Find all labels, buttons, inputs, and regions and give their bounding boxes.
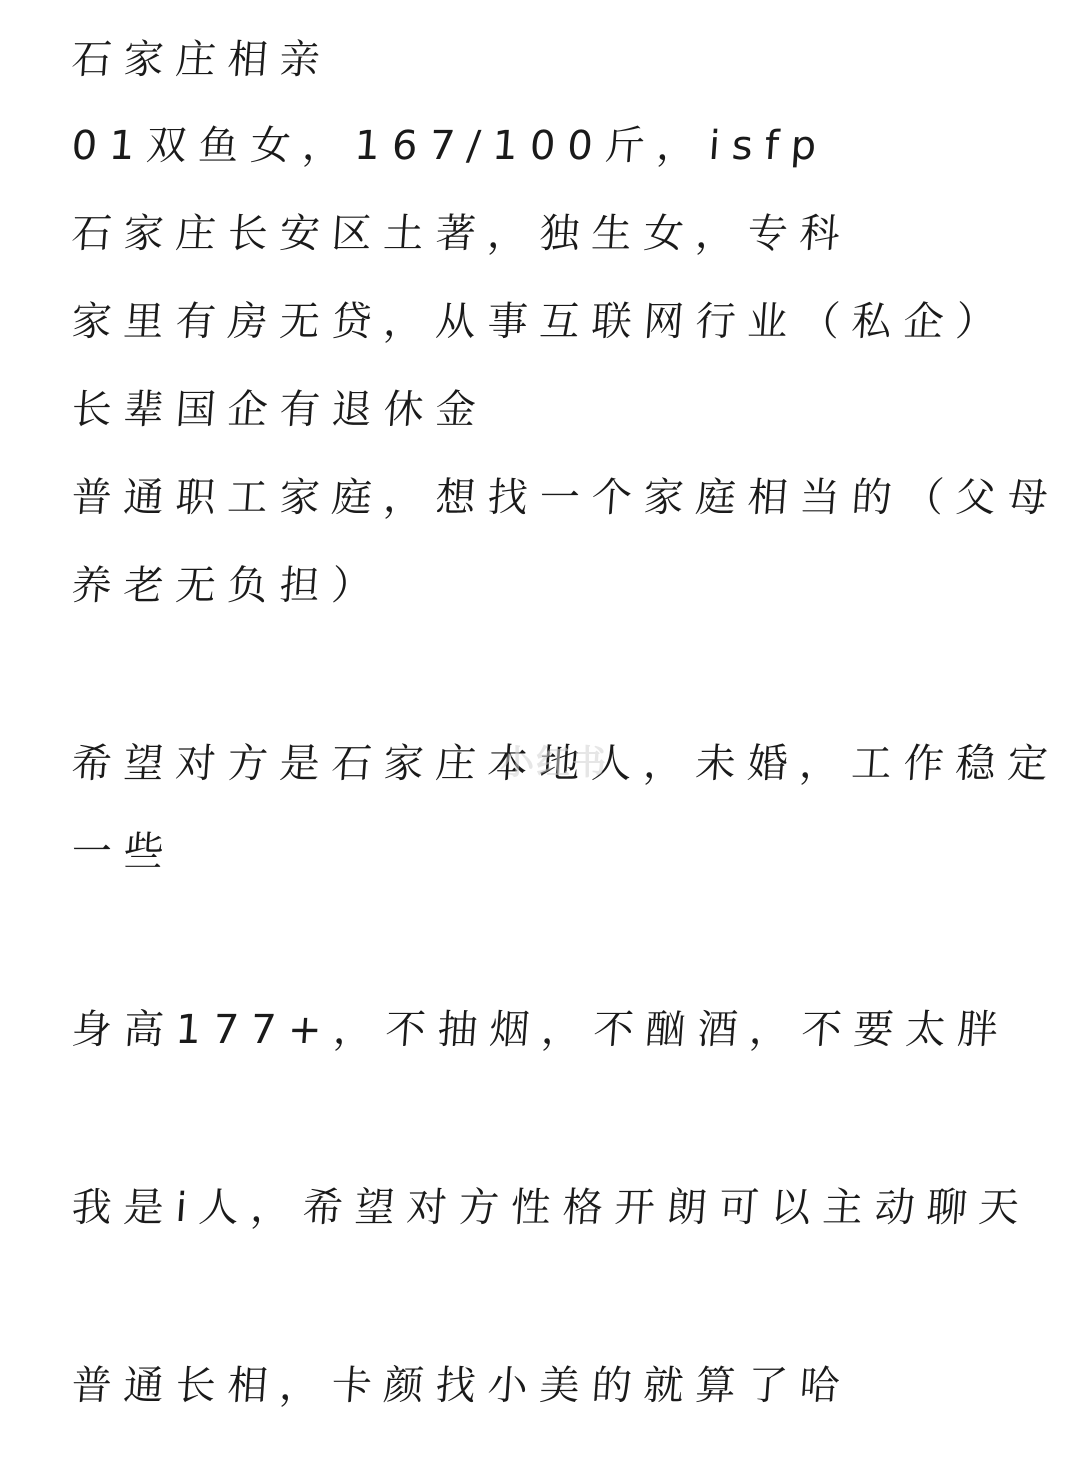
- note-line-looks: 普通长相，卡颜找小美的就算了哈: [70, 1362, 853, 1410]
- handwritten-note-page: 石家庄相亲 01双鱼女，167/100斤，isfp 石家庄长安区土著，独生女，专…: [0, 0, 1080, 1466]
- note-line-family-1: 普通职工家庭，想找一个家庭相当的（父母: [70, 474, 1061, 522]
- note-line-elders: 长辈国企有退休金: [70, 386, 489, 434]
- note-line-personality: 我是i人，希望对方性格开朗可以主动聊天: [70, 1184, 1032, 1232]
- note-line-family-2: 养老无负担）: [70, 562, 385, 610]
- note-line-height-req: 身高177+，不抽烟，不酗酒，不要太胖: [70, 1006, 1011, 1054]
- note-line-wish-1: 希望对方是石家庄本地人，未婚，工作稳定: [70, 740, 1061, 788]
- note-line-wish-2: 一些: [70, 828, 177, 876]
- note-title: 石家庄相亲: [70, 36, 333, 84]
- note-line-housing-job: 家里有房无贷，从事互联网行业（私企）: [70, 298, 1009, 346]
- note-line-origin: 石家庄长安区土著，独生女，专科: [70, 210, 853, 258]
- note-line-basic-info: 01双鱼女，167/100斤，isfp: [70, 122, 830, 170]
